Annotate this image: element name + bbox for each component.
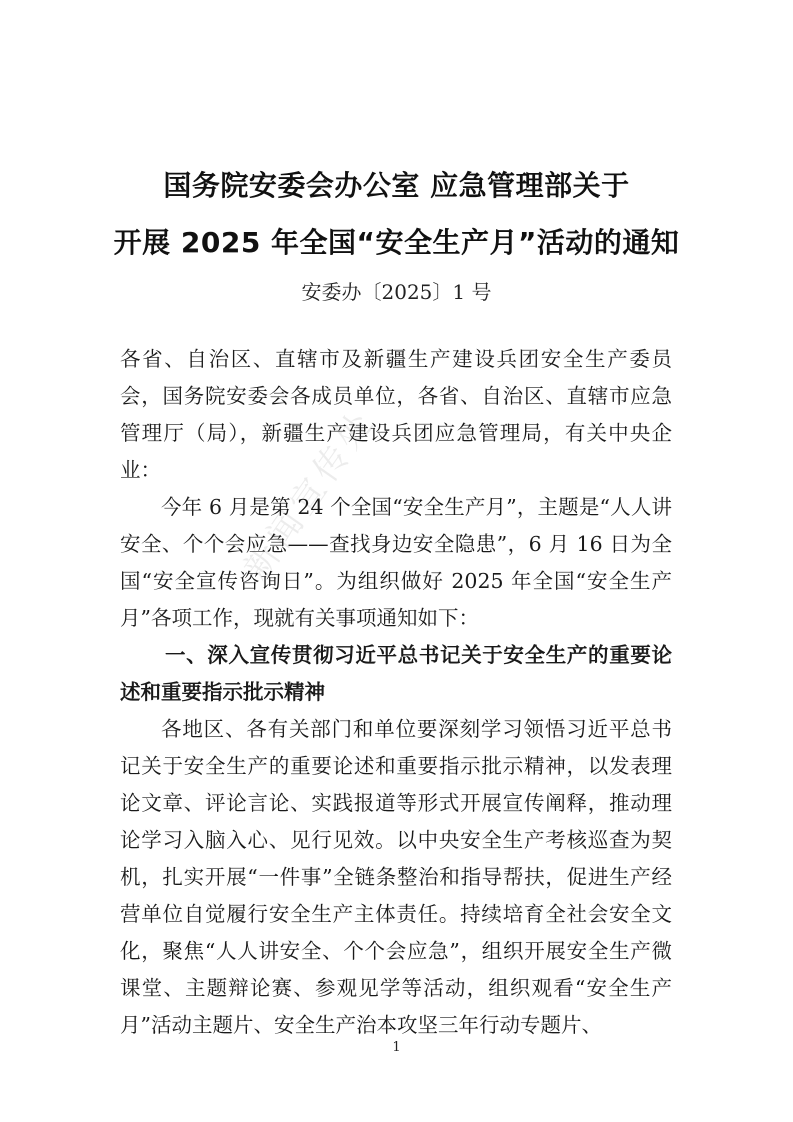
- document-number: 安委办〔2025〕1 号: [0, 276, 793, 305]
- section-1-paragraph: 各地区、各有关部门和单位要深刻学习领悟习近平总书记关于安全生产的重要论述和重要指…: [120, 711, 672, 1044]
- document-body: 各省、自治区、直辖市及新疆生产建设兵团安全生产委员会，国务院安委会各成员单位，各…: [120, 341, 672, 1044]
- addressee-paragraph: 各省、自治区、直辖市及新疆生产建设兵团安全生产委员会，国务院安委会各成员单位，各…: [120, 341, 672, 489]
- page-number: 1: [0, 1040, 793, 1055]
- document-page: 新闻宣传处 国务院安委会办公室 应急管理部关于 开展 2025 年全国“安全生产…: [0, 0, 793, 1122]
- document-title-line-1: 国务院安委会办公室 应急管理部关于: [0, 164, 793, 204]
- section-heading-1: 一、深入宣传贯彻习近平总书记关于安全生产的重要论述和重要指示批示精神: [120, 637, 672, 711]
- document-title-line-2: 开展 2025 年全国“安全生产月”活动的通知: [0, 221, 793, 261]
- intro-paragraph: 今年 6 月是第 24 个全国“安全生产月”，主题是“人人讲安全、个个会应急——…: [120, 489, 672, 637]
